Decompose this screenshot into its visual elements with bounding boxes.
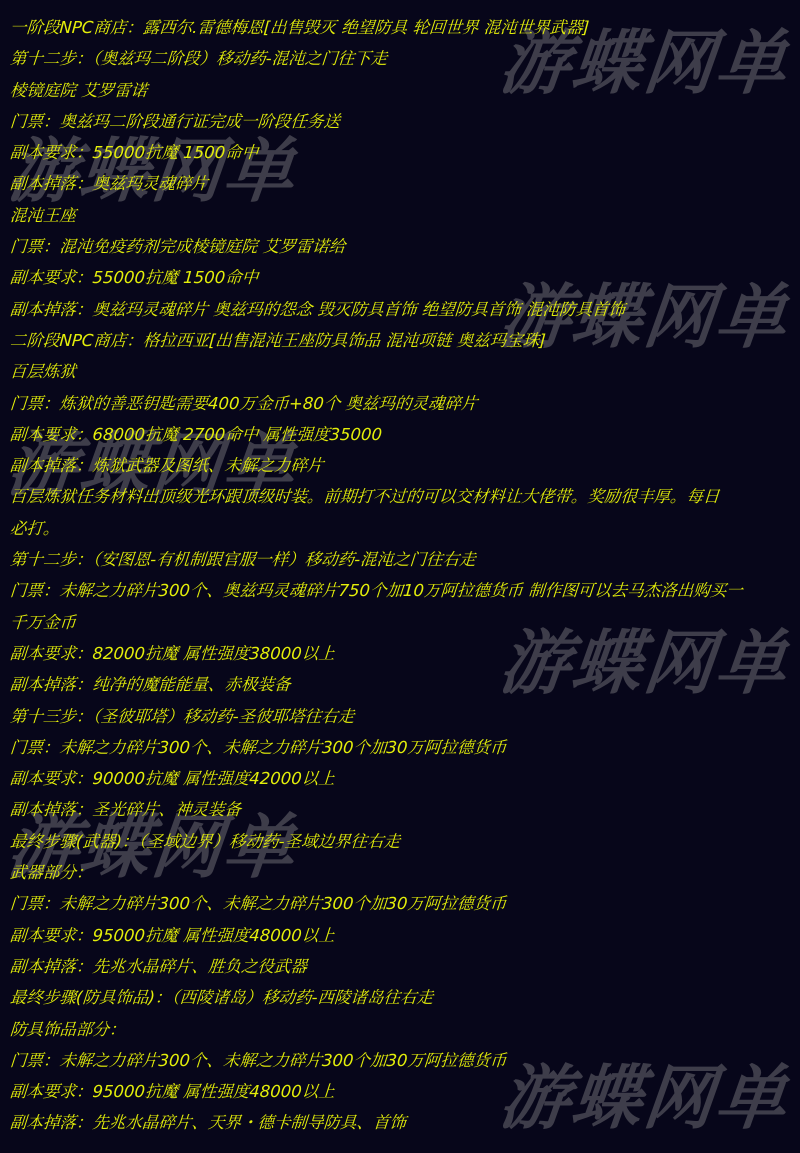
step-13-heading: 第十三步：（圣彼耶塔）移动药-圣彼耶塔往右走 bbox=[9, 701, 800, 732]
guide-text-block: 一阶段NPC商店：露西尔.雷德梅恩[出售毁灭 绝望防具 轮回世界 混沌世界武器]… bbox=[10, 12, 800, 1139]
drop-text: 副本掉落：炼狱武器及图纸、未解之力碎片 bbox=[9, 450, 800, 481]
requirement-text: 副本要求：55000抗魔 1500命中 bbox=[9, 137, 800, 168]
drop-text: 副本掉落：先兆水晶碎片、胜负之役武器 bbox=[9, 951, 800, 982]
requirement-text: 副本要求：95000抗魔 属性强度48000以上 bbox=[9, 920, 800, 951]
note-text-continued: 必打。 bbox=[9, 513, 800, 544]
drop-text: 副本掉落：纯净的魔能能量、赤极装备 bbox=[9, 669, 800, 700]
requirement-text: 副本要求：95000抗魔 属性强度48000以上 bbox=[9, 1076, 800, 1107]
ticket-text: 门票：未解之力碎片300个、奥兹玛灵魂碎片750个加10万阿拉德货币 制作图可以… bbox=[9, 575, 800, 606]
requirement-text: 副本要求：68000抗魔 2700命中 属性强度35000 bbox=[9, 419, 800, 450]
requirement-text: 副本要求：90000抗魔 属性强度42000以上 bbox=[9, 763, 800, 794]
drop-text: 副本掉落：圣光碎片、神灵装备 bbox=[9, 794, 800, 825]
requirement-text: 副本要求：55000抗魔 1500命中 bbox=[9, 262, 800, 293]
ticket-text: 门票：未解之力碎片300个、未解之力碎片300个加30万阿拉德货币 bbox=[9, 888, 800, 919]
dungeon-name: 混沌王座 bbox=[9, 200, 800, 231]
final-step-armor-heading: 最终步骤(防具饰品)：（西陵诸岛）移动药-西陵诸岛往右走 bbox=[9, 982, 800, 1013]
drop-text: 副本掉落：奥兹玛灵魂碎片 奥兹玛的怨念 毁灭防具首饰 绝望防具首饰 混沌防具首饰 bbox=[9, 294, 800, 325]
note-text: 百层炼狱任务材料出顶级光环跟顶级时装。前期打不过的可以交材料让大佬带。奖励很丰厚… bbox=[9, 481, 800, 512]
ticket-text: 门票：混沌免疫药剂完成棱镜庭院 艾罗雷诺给 bbox=[9, 231, 800, 262]
drop-text: 副本掉落：奥兹玛灵魂碎片 bbox=[9, 168, 800, 199]
dungeon-name: 百层炼狱 bbox=[9, 356, 800, 387]
ticket-text: 门票：未解之力碎片300个、未解之力碎片300个加30万阿拉德货币 bbox=[9, 1045, 800, 1076]
ticket-text: 门票：炼狱的善恶钥匙需要400万金币+80个 奥兹玛的灵魂碎片 bbox=[9, 388, 800, 419]
step-12-ozma-heading: 第十二步：（奥兹玛二阶段）移动药-混沌之门往下走 bbox=[9, 43, 800, 74]
section-label-armor: 防具饰品部分： bbox=[9, 1014, 800, 1045]
ticket-text: 门票：未解之力碎片300个、未解之力碎片300个加30万阿拉德货币 bbox=[9, 732, 800, 763]
final-step-weapon-heading: 最终步骤(武器)：（圣域边界）移动药-圣域边界往右走 bbox=[9, 826, 800, 857]
ticket-text-continued: 千万金币 bbox=[9, 607, 800, 638]
step-12-anton-heading: 第十二步：（安图恩-有机制跟官服一样）移动药-混沌之门往右走 bbox=[9, 544, 800, 575]
shop-npc-stage1: 一阶段NPC商店：露西尔.雷德梅恩[出售毁灭 绝望防具 轮回世界 混沌世界武器] bbox=[9, 12, 800, 43]
shop-npc-stage2: 二阶段NPC商店：格拉西亚[出售混沌王座防具饰品 混沌项链 奥兹玛宝珠] bbox=[9, 325, 800, 356]
section-label-weapon: 武器部分： bbox=[9, 857, 800, 888]
drop-text: 副本掉落：先兆水晶碎片、天界・德卡制导防具、首饰 bbox=[9, 1107, 800, 1138]
requirement-text: 副本要求：82000抗魔 属性强度38000以上 bbox=[9, 638, 800, 669]
ticket-text: 门票：奥兹玛二阶段通行证完成一阶段任务送 bbox=[9, 106, 800, 137]
dungeon-name: 棱镜庭院 艾罗雷诺 bbox=[9, 75, 800, 106]
